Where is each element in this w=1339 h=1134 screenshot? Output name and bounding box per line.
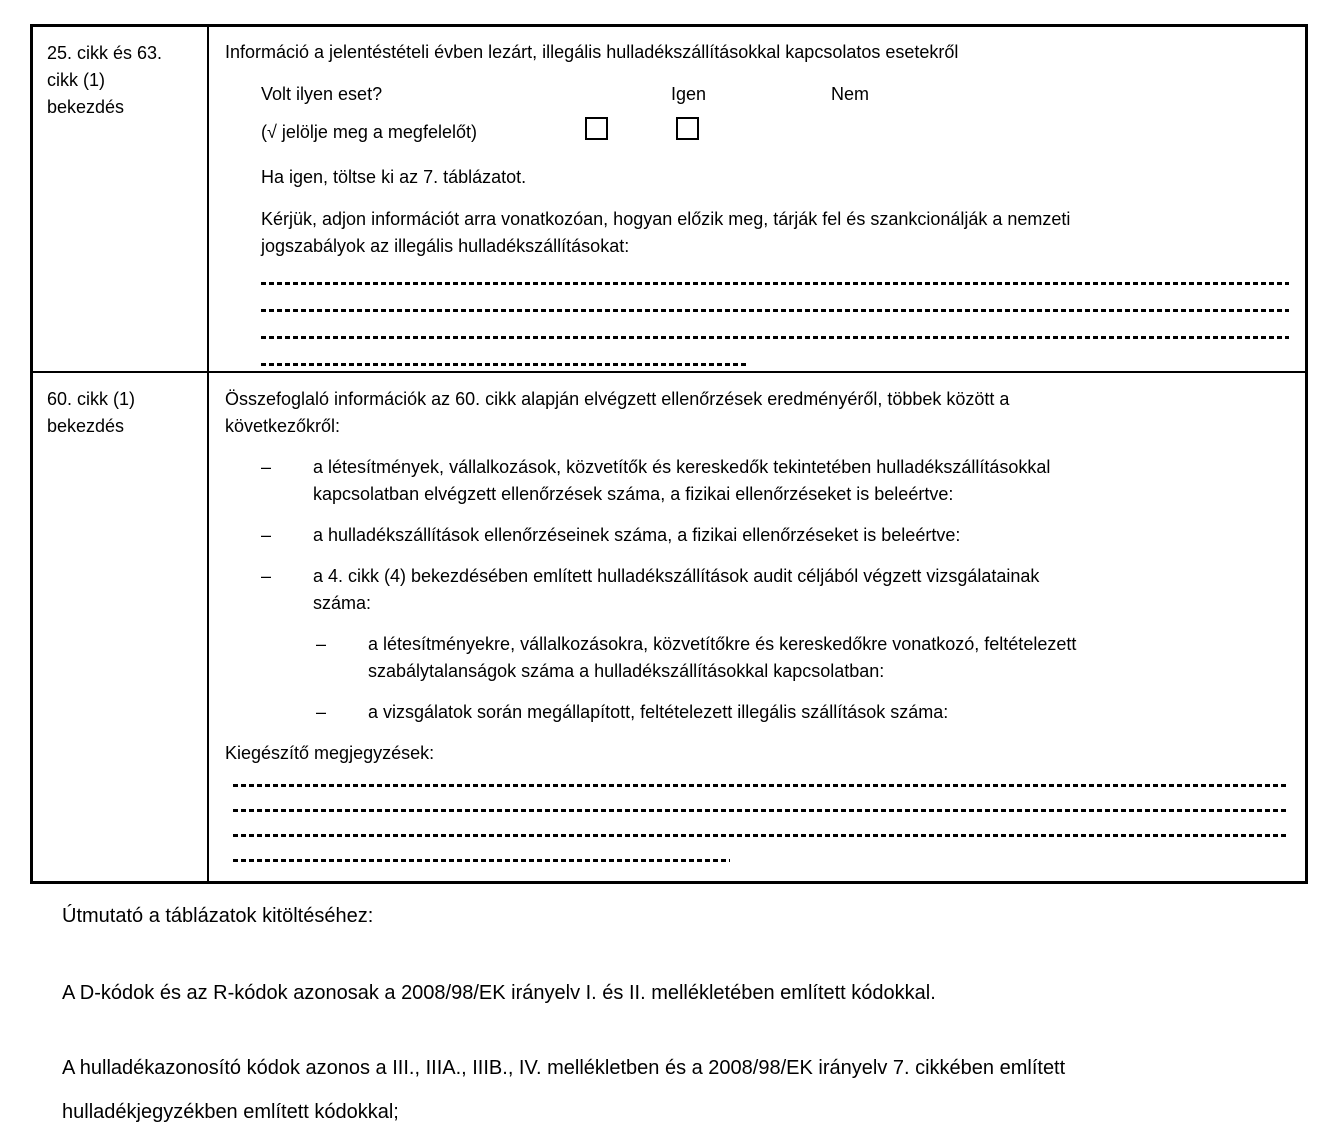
answer-line — [261, 282, 1289, 285]
article-ref-line: 25. cikk és 63. — [47, 40, 199, 67]
national-law-request-line: Kérjük, adjon információt arra vonatkozó… — [261, 206, 1261, 233]
list-item-text: a vizsgálatok során megállapított, felté… — [368, 699, 948, 726]
inspections-summary-intro-line: Összefoglaló információk az 60. cikk ala… — [225, 386, 1289, 413]
list-item: – a hulladékszállítások ellenőrzéseinek … — [261, 522, 1289, 549]
answer-line — [233, 784, 1289, 787]
article-ref-line: bekezdés — [47, 413, 199, 440]
article-ref-line: cikk (1) — [47, 67, 199, 94]
answer-line — [233, 809, 1289, 812]
illegal-shipments-section: Információ a jelentéstételi évben lezárt… — [209, 27, 1305, 373]
list-item-line: szabálytalanságok száma a hulladékszállí… — [368, 658, 1076, 685]
yes-label: Igen — [671, 81, 706, 108]
list-item-text: a 4. cikk (4) bekezdésében említett hull… — [313, 563, 1039, 617]
bullet-dash: – — [261, 563, 313, 617]
bullet-dash: – — [316, 699, 368, 726]
answer-line — [261, 309, 1289, 312]
list-item-text: a létesítmények, vállalkozások, közvetít… — [313, 454, 1050, 508]
list-item-line: a létesítmények, vállalkozások, közvetít… — [313, 454, 1050, 481]
was-there-case-question: Volt ilyen eset? — [261, 84, 382, 104]
list-item-line: a hulladékszállítások ellenőrzéseinek sz… — [313, 522, 960, 549]
list-item-line: a létesítményekre, vállalkozásokra, közv… — [368, 631, 1076, 658]
list-item: – a 4. cikk (4) bekezdésében említett hu… — [261, 563, 1289, 617]
additional-comments-label: Kiegészítő megjegyzések: — [225, 740, 1289, 767]
waste-id-codes-note-line: hulladékjegyzékben említett kódokkal; — [62, 1090, 1065, 1134]
list-item: – a létesítmények, vállalkozások, közvet… — [261, 454, 1289, 508]
was-there-case-question-line: Volt ilyen eset? Igen Nem — [261, 81, 1289, 108]
article-ref-25-63: 25. cikk és 63. cikk (1) bekezdés — [33, 27, 209, 373]
instructions-heading: Útmutató a táblázatok kitöltéséhez: — [62, 903, 373, 930]
list-item-line: száma: — [313, 590, 1039, 617]
bullet-dash: – — [316, 631, 368, 685]
fill-table7-note: Ha igen, töltse ki az 7. táblázatot. — [261, 164, 1289, 191]
yes-checkbox[interactable] — [585, 117, 608, 140]
bullet-dash: – — [261, 522, 313, 549]
d-r-codes-note: A D-kódok és az R-kódok azonosak a 2008/… — [62, 980, 936, 1007]
inspections-summary-intro-line: következőkről: — [225, 413, 1289, 440]
national-law-request-line: jogszabályok az illegális hulladékszállí… — [261, 233, 1261, 260]
answer-line — [261, 363, 748, 366]
no-checkbox[interactable] — [676, 117, 699, 140]
reporting-form-table: 25. cikk és 63. cikk (1) bekezdés Inform… — [30, 24, 1308, 884]
national-law-request: Kérjük, adjon információt arra vonatkozó… — [261, 206, 1261, 260]
list-item-line: kapcsolatban elvégzett ellenőrzések szám… — [313, 481, 1050, 508]
answer-line — [233, 834, 1289, 837]
illegal-shipments-info-heading: Információ a jelentéstételi évben lezárt… — [225, 39, 1289, 66]
answer-line — [261, 336, 1289, 339]
inspections-summary-section: Összefoglaló információk az 60. cikk ala… — [209, 373, 1305, 881]
bullet-dash: – — [261, 454, 313, 508]
article-ref-line: bekezdés — [47, 94, 199, 121]
tick-instruction: (√ jelölje meg a megfelelőt) — [261, 122, 477, 142]
waste-id-codes-note-line: A hulladékazonosító kódok azonos a III.,… — [62, 1046, 1065, 1090]
article-ref-60: 60. cikk (1) bekezdés — [33, 373, 209, 881]
inspections-summary-intro: Összefoglaló információk az 60. cikk ala… — [225, 386, 1289, 440]
list-item-text: a hulladékszállítások ellenőrzéseinek sz… — [313, 522, 960, 549]
article-ref-line: 60. cikk (1) — [47, 386, 199, 413]
answer-line — [233, 859, 730, 862]
list-item-text: a létesítményekre, vállalkozásokra, közv… — [368, 631, 1076, 685]
no-label: Nem — [831, 81, 869, 108]
tick-instruction-line: (√ jelölje meg a megfelelőt) — [261, 119, 1289, 146]
list-item: – a vizsgálatok során megállapított, fel… — [316, 699, 1289, 726]
list-item: – a létesítményekre, vállalkozásokra, kö… — [316, 631, 1289, 685]
waste-id-codes-note: A hulladékazonosító kódok azonos a III.,… — [62, 1046, 1065, 1134]
list-item-line: a 4. cikk (4) bekezdésében említett hull… — [313, 563, 1039, 590]
list-item-line: a vizsgálatok során megállapított, felté… — [368, 699, 948, 726]
